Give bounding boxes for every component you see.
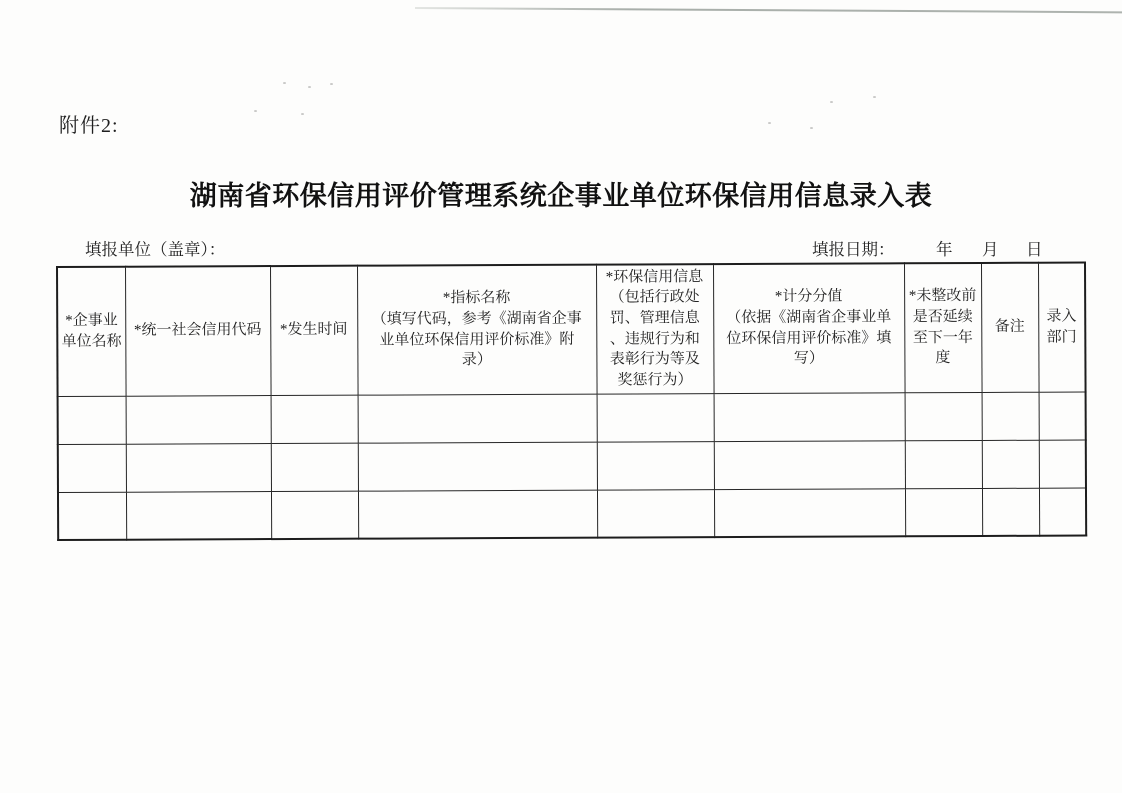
scan-speck [830,101,833,103]
col-header-credit-code: *统一社会信用代码 [125,266,271,396]
date-month-label: 月 [982,236,999,260]
table-row [58,488,1086,540]
table-cell [1039,440,1086,488]
table-cell [358,442,597,491]
scan-speck [768,122,771,124]
table-cell [905,488,982,536]
table-cell [271,395,358,443]
scan-speck [873,96,876,98]
table-cell [597,393,714,442]
fill-unit-label: 填报单位（盖章）： [85,236,225,260]
table-cell [982,440,1039,488]
table-row [58,392,1086,444]
table-cell [714,392,905,441]
table-header-row: *企事业 单位名称 *统一社会信用代码 *发生时间 *指标名称 （填写代码，参考… [57,263,1086,396]
table-cell [597,489,714,538]
col-header-unit-name: *企事业 单位名称 [57,267,126,396]
table-cell [597,441,714,490]
credit-info-entry-table: *企事业 单位名称 *统一社会信用代码 *发生时间 *指标名称 （填写代码，参考… [56,262,1087,541]
col-header-occurrence-time: *发生时间 [270,266,358,395]
col-header-credit-info: *环保信用信息 （包括行政处 罚、管理信息 、违规行为和 表彰行为等及 奖惩行为… [596,264,714,394]
table-cell [358,394,597,443]
table-cell [905,440,982,488]
table-cell [358,490,597,539]
page-title: 湖南省环保信用评价管理系统企事业单位环保信用信息录入表 [0,174,1122,213]
table-cell [126,395,271,444]
col-header-score-value: *计分分值 （依据《湖南省企事业单 位环保信用评价标准》填 写） [713,263,905,393]
col-header-indicator-name: *指标名称 （填写代码，参考《湖南省企事 业单位环保信用评价标准》附 录） [357,265,597,395]
scan-speck [308,86,311,88]
scan-speck [810,127,813,129]
table-cell [126,491,271,540]
fill-date-label: 填报日期： [812,236,895,260]
date-year-label: 年 [936,236,953,260]
table-cell [1039,392,1086,440]
date-day-label: 日 [1026,236,1043,260]
scanned-page: 附件2: 湖南省环保信用评价管理系统企事业单位环保信用信息录入表 填报单位（盖章… [0,0,1122,793]
table-cell [271,443,358,491]
scan-speck [283,82,286,84]
table-cell [714,440,905,489]
table-cell [982,392,1039,440]
table-cell [982,488,1039,536]
table-cell [714,488,905,537]
table-cell [905,392,982,440]
table-cell [58,492,126,540]
attachment-label: 附件2: [59,109,119,138]
scan-artifact-top-edge [415,7,1122,13]
table-cell [271,491,358,539]
scan-speck [301,113,304,115]
col-header-entry-department: 录入 部门 [1038,263,1086,392]
table-row [58,440,1086,492]
table-cell [58,396,126,444]
scan-speck [254,110,257,112]
scan-speck [330,83,333,85]
col-header-carry-over: *未整改前 是否延续 至下一年 度 [904,263,982,392]
table-cell [58,444,126,492]
table-cell [1039,488,1086,536]
table-cell [126,443,271,492]
col-header-remarks: 备注 [981,263,1039,392]
